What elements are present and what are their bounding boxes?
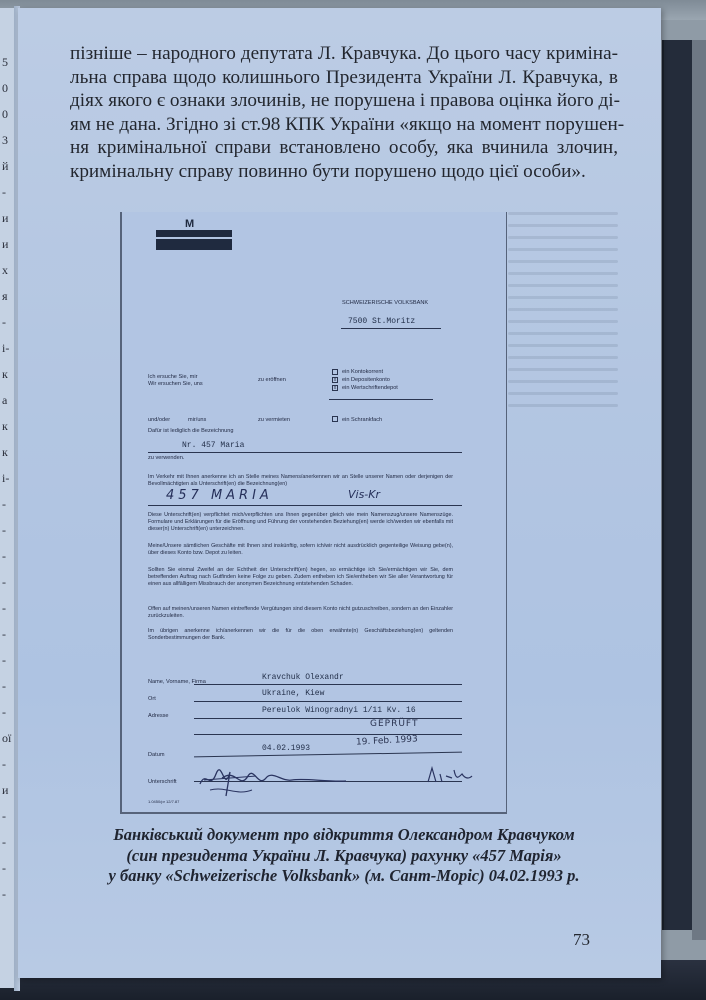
left-page-fragment: й — [2, 160, 8, 172]
left-page-fragment: к — [2, 446, 8, 458]
left-page-fragment: ої — [2, 732, 11, 744]
stamp-date: 19. Feb. 1993 — [356, 734, 418, 747]
doubt-paragraph: Sollten Sie einmal Zweifel an der Echthe… — [148, 567, 453, 588]
left-page-fragment: і- — [2, 472, 9, 484]
body-line: діях якого є ознаки злочинів, не порушен… — [70, 89, 618, 113]
body-line: кримінальну справу повинно бути порушено… — [70, 160, 618, 184]
bleed-through-text — [508, 203, 618, 433]
left-page-fragment: - — [2, 810, 6, 822]
left-page-fragment: и — [2, 784, 8, 796]
name-value: Kravchuk Olexandr — [262, 674, 344, 681]
left-page-fragment: - — [2, 758, 6, 770]
body-line: пізніше – народного депутата Л. Кравчука… — [70, 42, 618, 66]
left-page-fragment: к — [2, 368, 8, 380]
body-line: льна справа щодо колишнього Президента У… — [70, 66, 618, 90]
left-page-fragment: - — [2, 498, 6, 510]
option-depositenkonto: ein Depositenkonto — [342, 377, 390, 384]
bank-document-scan: M SCHWEIZERISCHE VOLKSBANK 7500 St.Morit… — [120, 212, 507, 814]
left-page-fragment: - — [2, 316, 6, 328]
page-number: 73 — [573, 930, 590, 950]
left-page-fragment: 0 — [2, 108, 8, 120]
handwritten-designation: 457 MARIA — [166, 488, 273, 503]
obligation-paragraph: Diese Unterschrift(en) verpflichtet mich… — [148, 512, 453, 533]
traffic-paragraph: Im Verkehr mit Ihnen anerkenne ich an St… — [148, 474, 453, 488]
bank-city: 7500 St.Moritz — [348, 318, 415, 325]
caption-line: у банку «Schweizerische Volksbank» (м. С… — [70, 866, 618, 887]
credit-paragraph: Offen auf meinen/unseren Namen eintreffe… — [148, 606, 453, 620]
andor-label: und/oder — [148, 417, 170, 424]
left-facing-page: 5003й-иихя-і-каккі----------ої-и---- — [0, 8, 14, 988]
designation-label: Dafür ist lediglich die Bezeichnung — [148, 428, 234, 435]
option-kontokorrent: ein Kontokorrent — [342, 369, 383, 376]
terms-paragraph: Im übrigen anerkenne ich/anerkennen wir … — [148, 628, 453, 642]
left-page-fragment: 5 — [2, 56, 8, 68]
form-code: 1.0450/pr 12/7.87 — [148, 798, 179, 805]
use-label: zu verwenden. — [148, 455, 184, 462]
business-paragraph: Meine/Unsere sämtlichen Geschäfte mit Ih… — [148, 543, 453, 557]
left-page-fragment: - — [2, 576, 6, 588]
body-line: ям не дана. Згідно зі ст.98 КПК України … — [70, 113, 618, 137]
left-page-fragment: х — [2, 264, 8, 276]
left-page-fragment: - — [2, 654, 6, 666]
left-page-fragment: - — [2, 550, 6, 562]
left-page-fragment: - — [2, 524, 6, 536]
left-page-fragment: и — [2, 212, 8, 224]
rent-label: zu vermieten — [258, 417, 290, 424]
date-value: 04.02.1993 — [262, 745, 310, 752]
request-line-2: Wir ersuchen Sie, uns — [148, 381, 203, 388]
checkbox-kontokorrent[interactable] — [332, 369, 338, 375]
left-page-fragment: я — [2, 290, 8, 302]
open-label: zu eröffnen — [258, 377, 286, 384]
checkbox-wertschriftendepot[interactable]: x — [332, 385, 338, 391]
left-page-fragment: і- — [2, 342, 9, 354]
left-page-text-fragments: 5003й-иихя-і-каккі----------ої-и---- — [0, 8, 14, 988]
option-schrankfach: ein Schrankfach — [342, 417, 382, 424]
left-page-fragment: - — [2, 706, 6, 718]
bank-name: SCHWEIZERISCHE VOLKSBANK — [342, 300, 428, 307]
designation-value: Nr. 457 Maria — [182, 442, 244, 449]
figure-caption: Банківський документ про відкриття Олекс… — [70, 825, 618, 887]
mir-uns-label: mir/uns — [188, 417, 206, 424]
left-page-fragment: 3 — [2, 134, 8, 146]
bank-logo: M — [156, 222, 232, 252]
left-page-fragment: и — [2, 238, 8, 250]
address-value: Pereulok Winogradnyi 1/11 Kv. 16 — [262, 707, 416, 714]
left-page-fragment: - — [2, 680, 6, 692]
checkbox-schrankfach[interactable] — [332, 416, 338, 422]
book-shadow — [692, 40, 706, 940]
left-page-fragment: 0 — [2, 82, 8, 94]
left-page-fragment: - — [2, 186, 6, 198]
body-line: ня кримінальної справи встановлено особу… — [70, 136, 618, 160]
approval-stamp: GEPRÜFT — [370, 719, 418, 729]
body-paragraph: пізніше – народного депутата Л. Кравчука… — [70, 42, 618, 184]
bank-logo-letter: M — [182, 219, 197, 230]
book-page: пізніше – народного депутата Л. Кравчука… — [18, 8, 661, 978]
left-page-fragment: - — [2, 862, 6, 874]
left-page-fragment: - — [2, 602, 6, 614]
request-line-1: Ich ersuche Sie, mir — [148, 374, 197, 381]
left-page-fragment: к — [2, 420, 8, 432]
caption-line: (син президента України Л. Кравчука) рах… — [70, 846, 618, 867]
caption-line: Банківський документ про відкриття Олекс… — [70, 825, 618, 846]
place-value: Ukraine, Kiew — [262, 690, 324, 697]
book-cover-edge — [662, 40, 694, 930]
handwritten-initials: Vis-Kr — [348, 488, 380, 501]
signature-label: Unterschrift — [148, 779, 177, 786]
option-wertschriftendepot: ein Wertschriftendepot — [342, 385, 398, 392]
date-label: Datum — [148, 752, 164, 759]
left-page-fragment: а — [2, 394, 7, 406]
left-page-fragment: - — [2, 628, 6, 640]
signature-scribble-icon — [196, 760, 476, 800]
left-page-fragment: - — [2, 836, 6, 848]
address-label: Adresse — [148, 713, 169, 720]
left-page-fragment: - — [2, 888, 6, 900]
checkbox-depositenkonto[interactable]: x — [332, 377, 338, 383]
place-label: Ort — [148, 696, 156, 703]
